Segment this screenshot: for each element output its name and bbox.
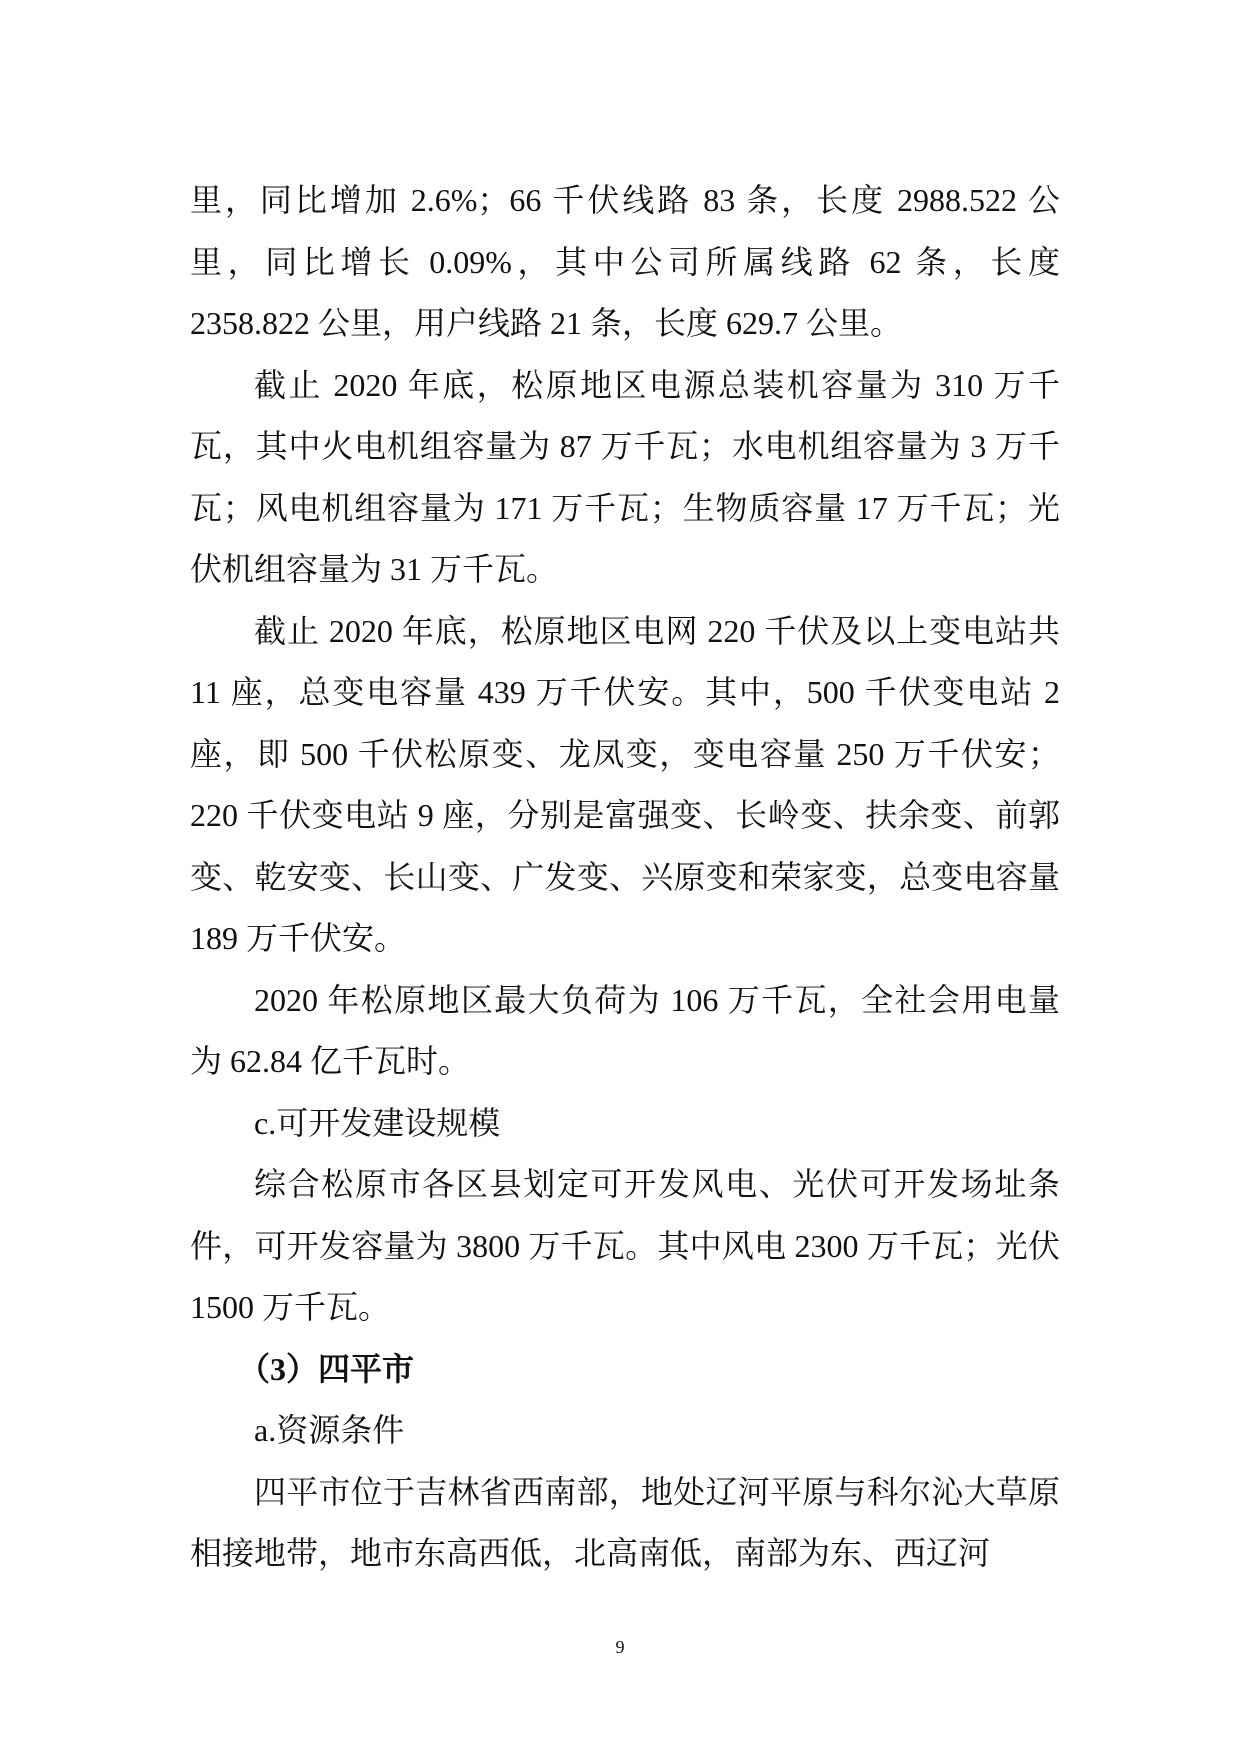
document-page: 里，同比增加 2.6%；66 千伏线路 83 条，长度 2988.522 公里，… [0,0,1240,1754]
paragraph-transmission-lines: 里，同比增加 2.6%；66 千伏线路 83 条，长度 2988.522 公里，… [190,170,1060,355]
subheading-development-scale: c.可开发建设规模 [190,1093,1060,1155]
paragraph-siping-location: 四平市位于吉林省西南部，地处辽河平原与科尔沁大草原相接地带，地市东高西低，北高南… [190,1462,1060,1585]
paragraph-max-load: 2020 年松原地区最大负荷为 106 万千瓦，全社会用电量为 62.84 亿千… [190,970,1060,1093]
paragraph-development-capacity: 综合松原市各区县划定可开发风电、光伏可开发场址条件，可开发容量为 3800 万千… [190,1154,1060,1339]
subheading-resource-conditions: a.资源条件 [190,1400,1060,1462]
page-number: 9 [0,1637,1240,1658]
paragraph-installed-capacity: 截止 2020 年底，松原地区电源总装机容量为 310 万千瓦，其中火电机组容量… [190,355,1060,601]
document-body: 里，同比增加 2.6%；66 千伏线路 83 条，长度 2988.522 公里，… [190,170,1060,1585]
paragraph-substations: 截止 2020 年底，松原地区电网 220 千伏及以上变电站共 11 座，总变电… [190,601,1060,970]
section-heading-siping: （3）四平市 [190,1339,1060,1401]
